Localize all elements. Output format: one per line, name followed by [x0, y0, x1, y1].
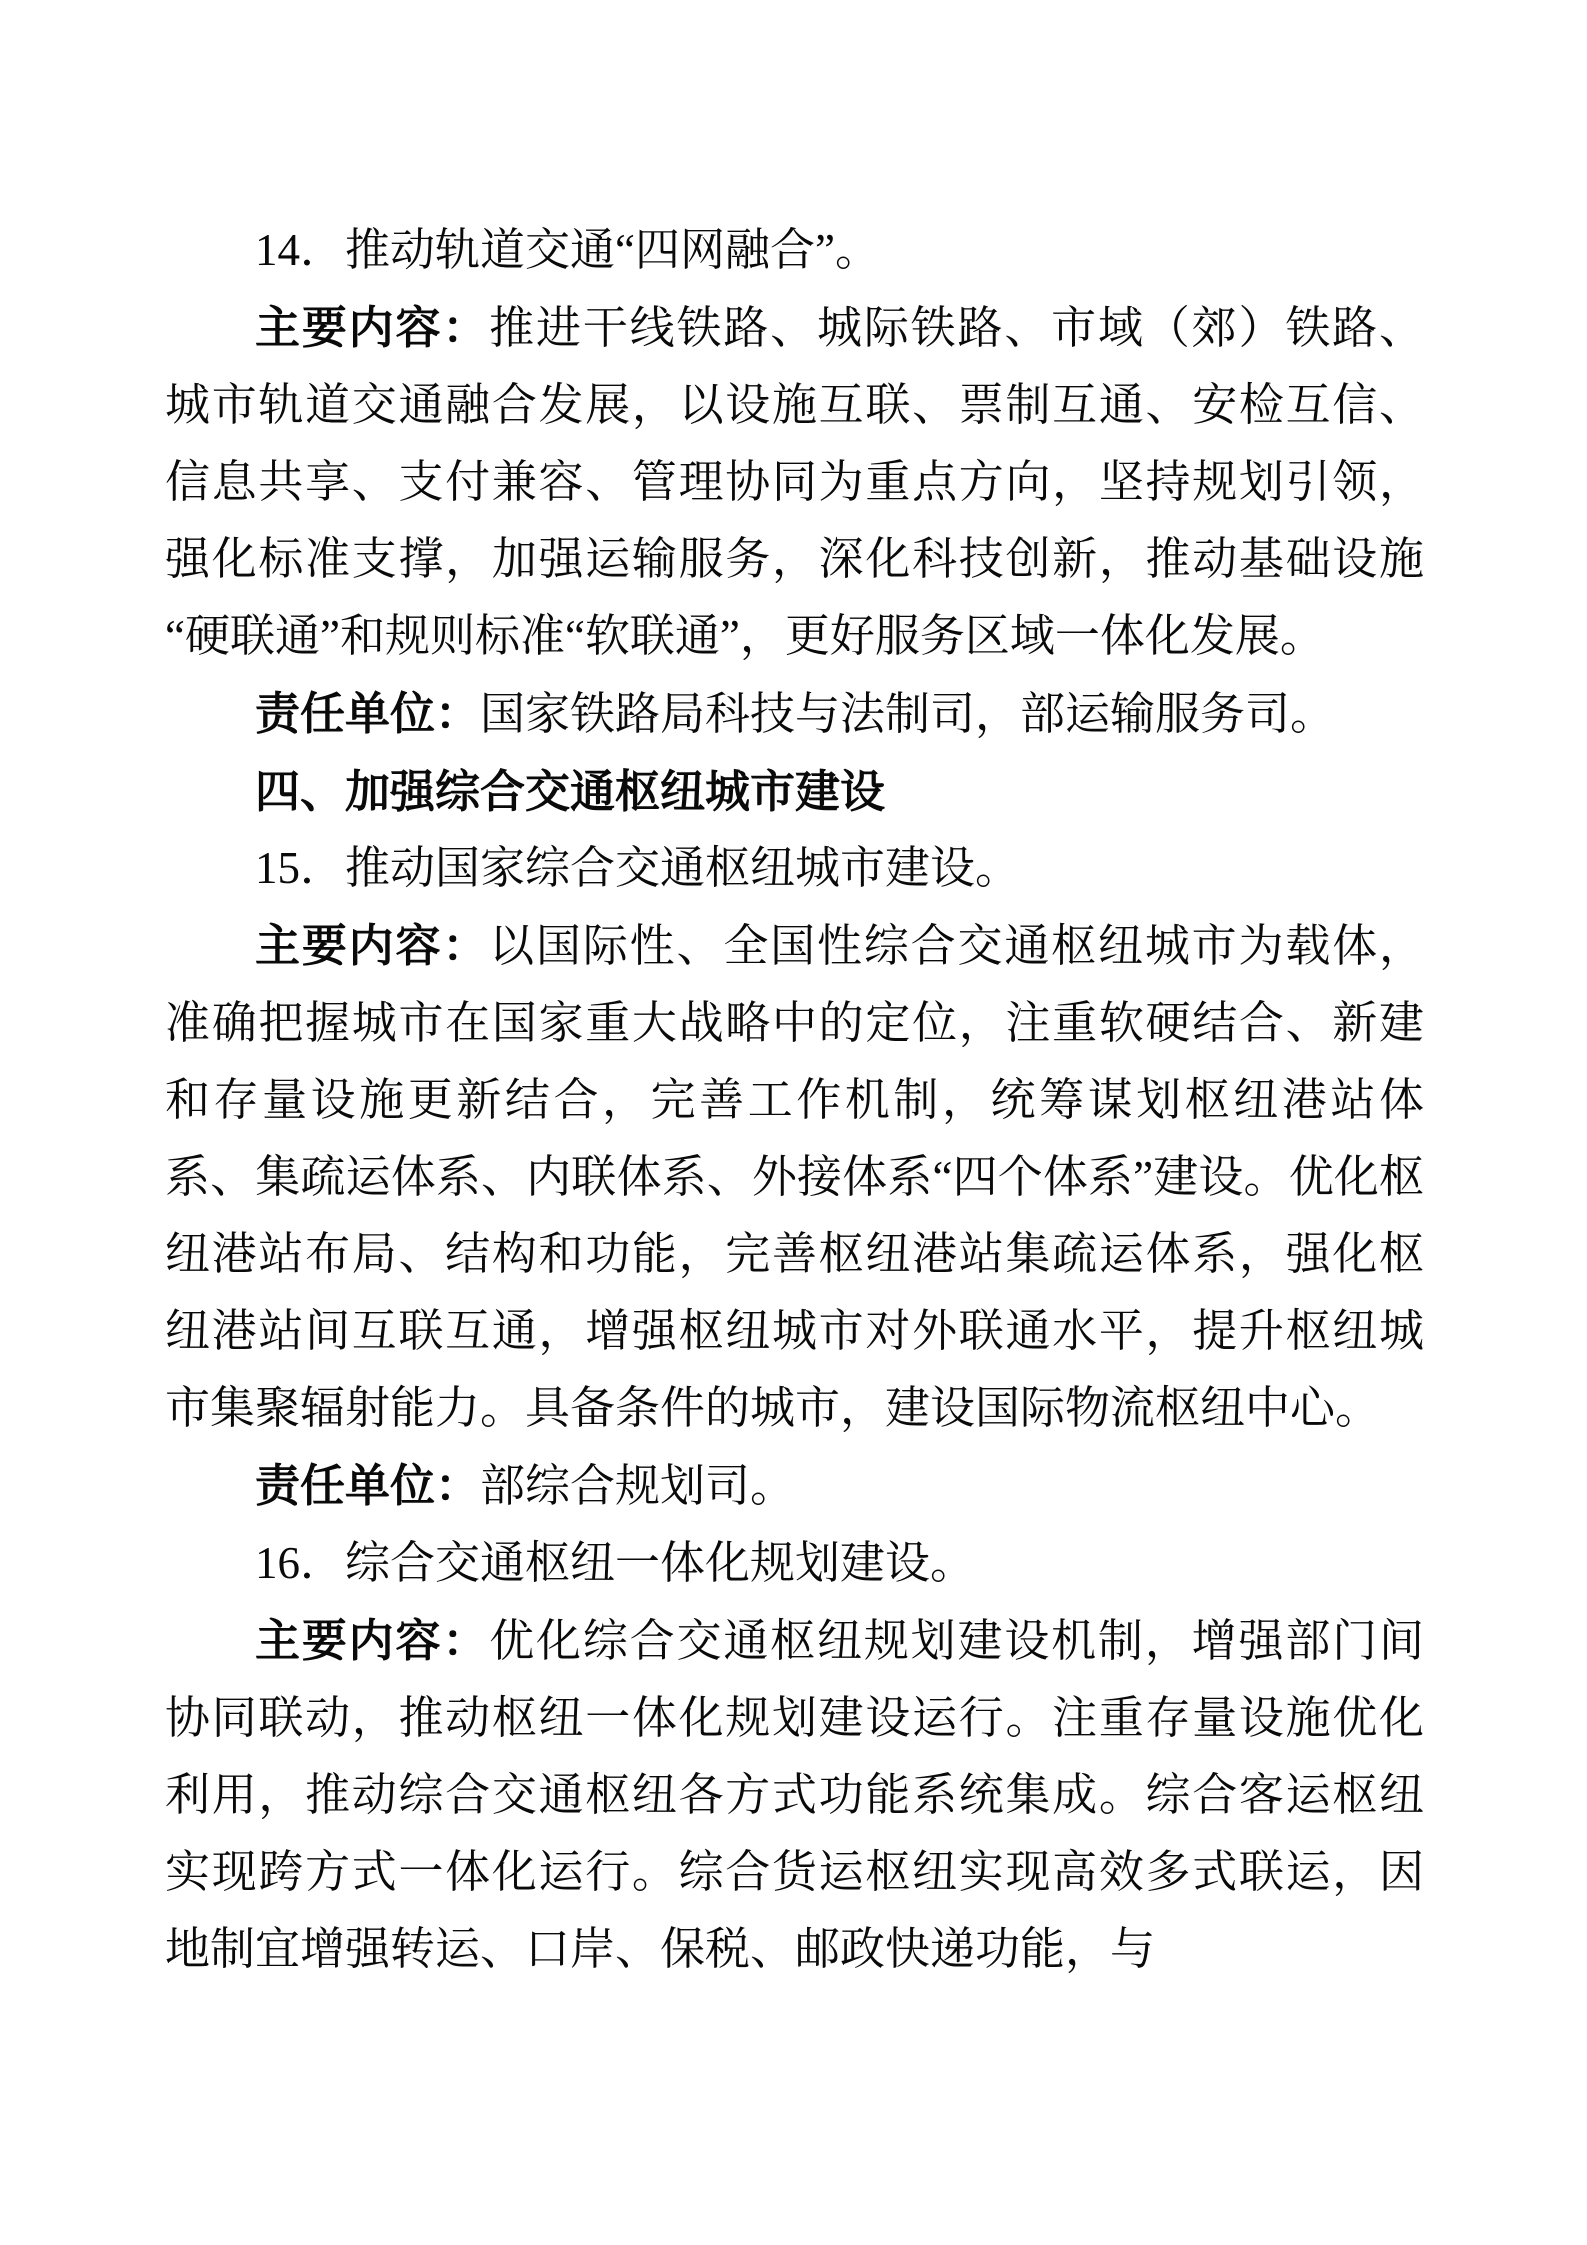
document-page: 14．推动轨道交通“四网融合”。主要内容：推进干线铁路、城际铁路、市域（郊）铁路…: [0, 0, 1587, 2245]
item-16-content: 主要内容：优化综合交通枢纽规划建设机制，增强部门间协同联动，推动枢纽一体化规划建…: [165, 1602, 1424, 1988]
section-4-heading: 四、加强综合交通枢纽城市建设: [165, 753, 1424, 830]
item-16-title: 16．综合交通枢纽一体化规划建设。: [165, 1525, 1424, 1602]
paragraph-label: 责任单位：: [255, 688, 480, 739]
paragraph-text: 15．推动国家综合交通枢纽城市建设。: [255, 843, 1020, 893]
paragraph-label: 主要内容：: [255, 302, 489, 353]
item-15-title: 15．推动国家综合交通枢纽城市建设。: [165, 830, 1424, 907]
paragraph-text: 四、加强综合交通枢纽城市建设: [255, 766, 885, 817]
paragraph-label: 主要内容：: [255, 1615, 489, 1666]
item-14-title: 14．推动轨道交通“四网融合”。: [165, 212, 1424, 289]
item-14-responsible: 责任单位：国家铁路局科技与法制司，部运输服务司。: [165, 675, 1424, 753]
item-15-content: 主要内容：以国际性、全国性综合交通枢纽城市为载体，准确把握城市在国家重大战略中的…: [165, 907, 1424, 1447]
item-15-responsible: 责任单位：部综合规划司。: [165, 1447, 1424, 1525]
paragraph-label: 主要内容：: [255, 920, 489, 971]
document-body: 14．推动轨道交通“四网融合”。主要内容：推进干线铁路、城际铁路、市域（郊）铁路…: [165, 212, 1424, 1988]
paragraph-text: 16．综合交通枢纽一体化规划建设。: [255, 1538, 975, 1588]
paragraph-text: 推进干线铁路、城际铁路、市域（郊）铁路、城市轨道交通融合发展，以设施互联、票制互…: [165, 303, 1424, 661]
paragraph-text: 以国际性、全国性综合交通枢纽城市为载体，准确把握城市在国家重大战略中的定位，注重…: [165, 921, 1424, 1433]
paragraph-text: 部综合规划司。: [480, 1461, 795, 1511]
paragraph-text: 优化综合交通枢纽规划建设机制，增强部门间协同联动，推动枢纽一体化规划建设运行。注…: [165, 1616, 1424, 1974]
paragraph-text: 国家铁路局科技与法制司，部运输服务司。: [480, 689, 1335, 739]
paragraph-text: 14．推动轨道交通“四网融合”。: [255, 225, 880, 275]
paragraph-label: 责任单位：: [255, 1460, 480, 1511]
item-14-content: 主要内容：推进干线铁路、城际铁路、市域（郊）铁路、城市轨道交通融合发展，以设施互…: [165, 289, 1424, 675]
